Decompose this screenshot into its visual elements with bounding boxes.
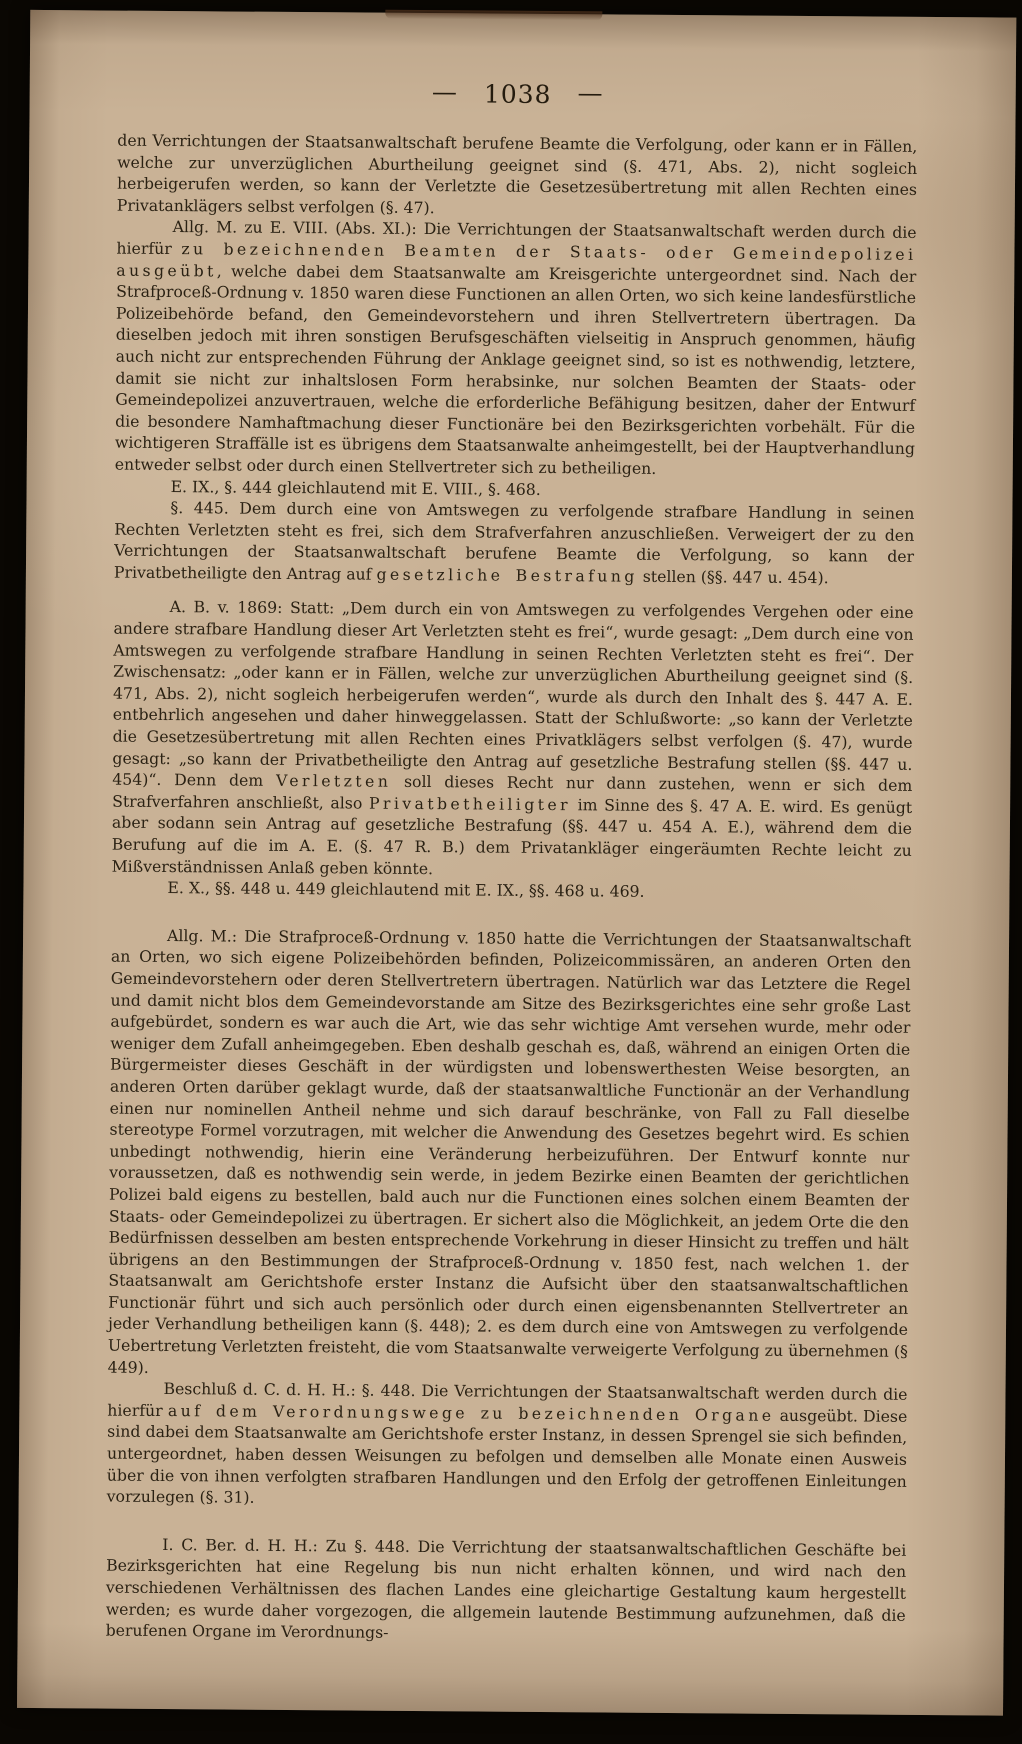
body-text: , welche dabei dem Staatsanwalte am Krei… [115,261,917,478]
letterspaced-emphasis-text: auf dem Verordnungswege zu bezeichnenden… [168,1401,775,1425]
body-text: E. IX., §. 444 gleichlautend mit E. VIII… [171,477,541,499]
letterspaced-emphasis-text: Privatbetheiligter [369,793,571,814]
page-text: den Verrichtungen der Staatsanwaltschaft… [106,130,918,1648]
paragraph: Allg. M. zu E. VIII. (Abs. XI.): Die Ver… [115,216,917,481]
paragraph: §. 445. Dem durch eine von Amtswegen zu … [114,497,915,590]
paragraph: I. C. Ber. d. H. H.: Zu §. 448. Die Verr… [106,1533,907,1647]
body-text: A. B. v. 1869: Statt: „Dem durch ein von… [112,598,913,791]
paragraph: den Verrichtungen der Staatsanwaltschaft… [117,130,918,223]
header-right-dash: — [577,78,603,107]
page-content: —1038— den Verrichtungen der Staatsanwal… [18,10,1017,1648]
letterspaced-emphasis-text: gesetzliche Bestrafung [376,565,637,586]
paragraph: A. B. v. 1869: Statt: „Dem durch ein von… [112,596,914,883]
page-number: 1038 [484,79,552,109]
letterspaced-emphasis-text: Verletzten [276,771,391,791]
page-number-header: —1038— [118,77,918,112]
header-left-dash: — [432,77,458,106]
body-text: I. C. Ber. d. H. H.: Zu §. 448. Die Verr… [106,1535,907,1642]
paragraph: Beschluß d. C. d. H. H.: §. 448. Die Ver… [107,1378,908,1514]
body-text: Allg. M.: Die Strafproceß-Ordnung v. 185… [108,926,912,1377]
paragraph: Allg. M.: Die Strafproceß-Ordnung v. 185… [108,924,912,1384]
book-page: —1038— den Verrichtungen der Staatsanwal… [17,10,1016,1716]
scanned-book-page-screenshot: { "colors": { "scan_background": "#0a070… [0,0,1022,1744]
body-text: E. X., §§. 448 u. 449 gleichlautend mit … [167,878,644,901]
body-text: den Verrichtungen der Staatsanwaltschaft… [117,131,918,217]
body-text: stellen (§§. 447 u. 454). [638,567,829,587]
